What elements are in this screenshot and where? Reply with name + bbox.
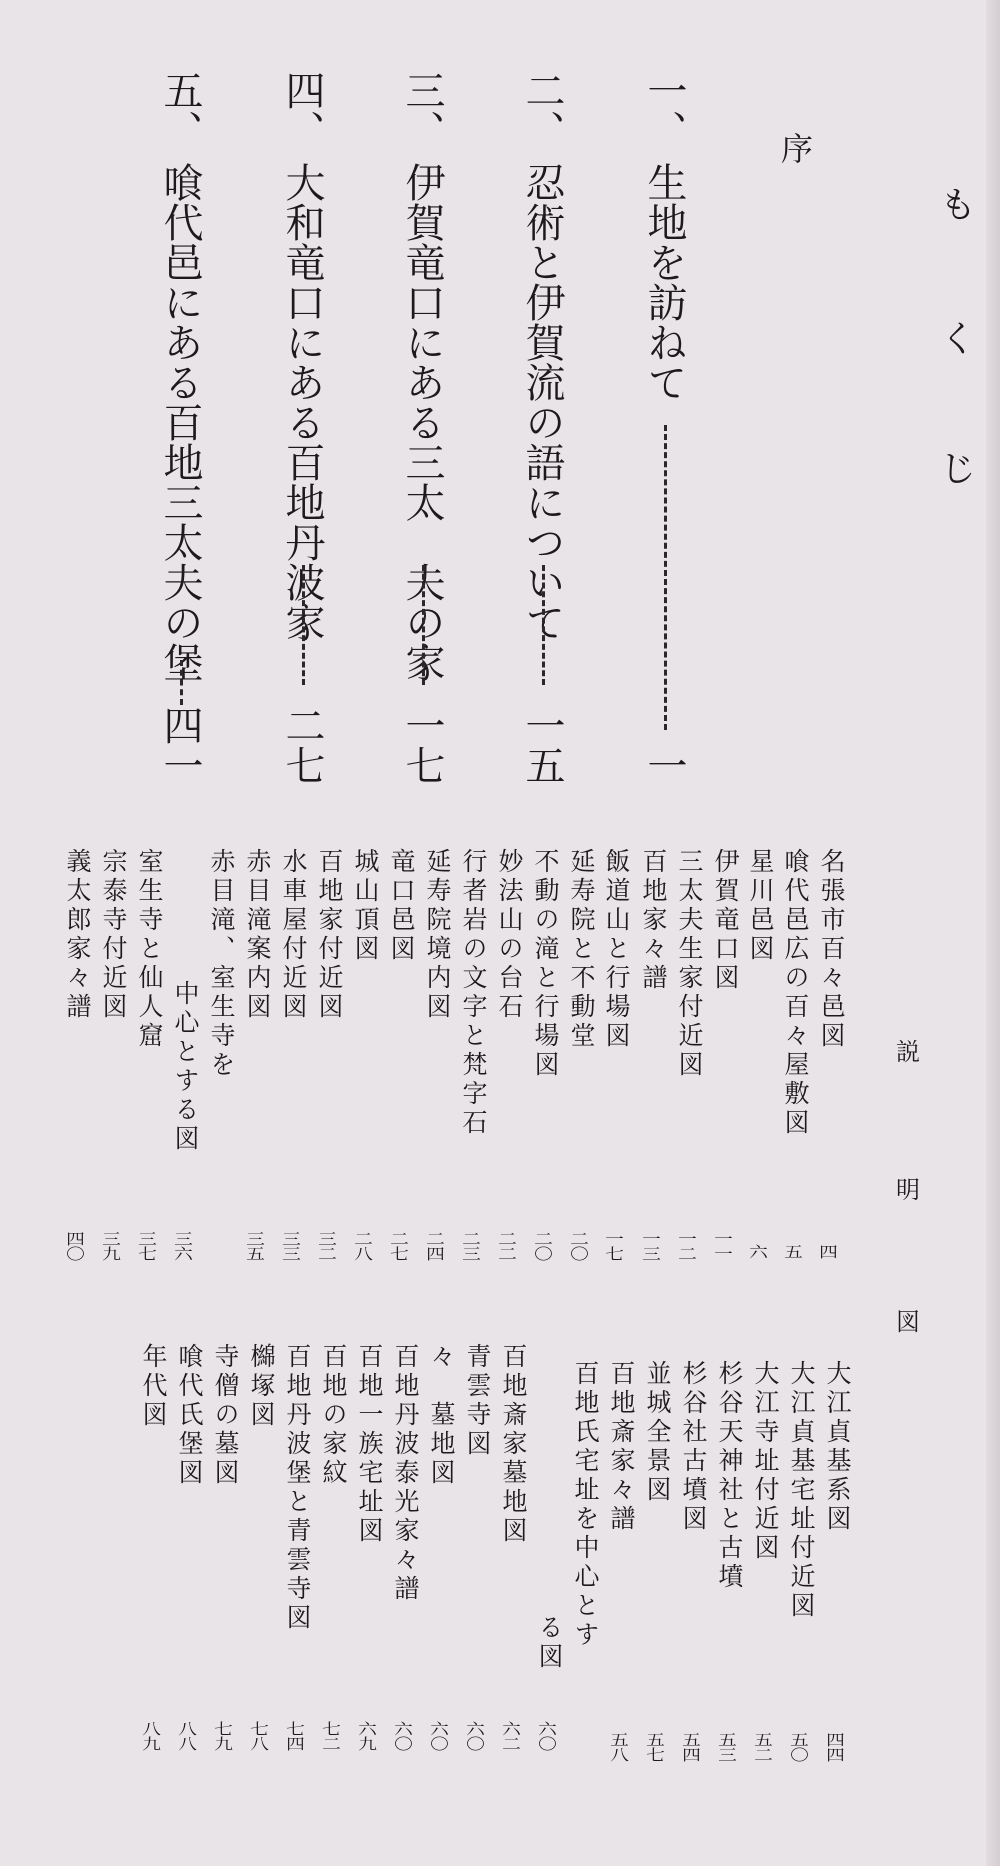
leader-dots bbox=[180, 660, 183, 705]
figure-page: 二二 bbox=[497, 1232, 519, 1262]
figure-page: 三五 bbox=[245, 1232, 267, 1262]
figure-page: 六〇 bbox=[393, 1722, 415, 1752]
figure-title-continuation[interactable]: る図 bbox=[537, 1614, 562, 1672]
figure-page: 二七 bbox=[389, 1232, 411, 1262]
figure-title[interactable]: 百地家々譜 bbox=[641, 848, 666, 993]
figure-page: 六〇 bbox=[465, 1722, 487, 1752]
figure-page: 五〇 bbox=[789, 1733, 811, 1763]
figure-page: 七二 bbox=[321, 1722, 343, 1752]
figure-title[interactable]: 竜口邑図 bbox=[389, 848, 414, 964]
figure-title[interactable]: 不動の滝と行場図 bbox=[533, 848, 558, 1080]
figure-title[interactable]: 百地丹波泰光家々譜 bbox=[393, 1343, 418, 1604]
leader-dots bbox=[664, 425, 667, 730]
leader-dots bbox=[422, 565, 425, 685]
figure-title[interactable]: 百地丹波堡と青雲寺図 bbox=[285, 1343, 310, 1633]
figure-title[interactable]: 伊賀竜口図 bbox=[713, 848, 738, 993]
figure-page: 一一 bbox=[713, 1232, 735, 1262]
title-char: く bbox=[940, 322, 976, 358]
figure-title[interactable]: 百地斎家墓地図 bbox=[501, 1343, 526, 1546]
figure-title[interactable]: 延寿院と不動堂 bbox=[569, 848, 594, 1051]
figure-page: 三三 bbox=[281, 1232, 303, 1262]
toc-item-page: 一七 bbox=[402, 705, 442, 785]
figure-page: 七八 bbox=[249, 1722, 271, 1752]
heading-char: 説 bbox=[896, 1040, 920, 1064]
figure-title[interactable]: 年代図 bbox=[141, 1343, 166, 1430]
figure-page: 三六 bbox=[173, 1232, 195, 1262]
figure-title[interactable]: 宗泰寺付近図 bbox=[101, 848, 126, 1022]
toc-item-number: 一、 bbox=[644, 70, 684, 150]
figure-page: 五八 bbox=[609, 1733, 631, 1763]
figure-title[interactable]: 百地氏宅址を中心とす bbox=[573, 1360, 598, 1650]
figure-page: 八八 bbox=[177, 1722, 199, 1752]
figure-title[interactable]: 名張市百々邑図 bbox=[819, 848, 844, 1051]
figure-title[interactable]: 赤目滝案内図 bbox=[245, 848, 270, 1022]
preface-label: 序 bbox=[772, 132, 818, 164]
figure-page: 四〇 bbox=[65, 1232, 87, 1262]
figure-page: 六〇 bbox=[537, 1722, 559, 1752]
leader-dots bbox=[302, 565, 305, 685]
toc-item-title[interactable]: 喰代邑にある百地三太夫の堡 bbox=[160, 162, 200, 682]
title-char: も bbox=[940, 188, 976, 224]
figure-title[interactable]: 大江貞基系図 bbox=[825, 1360, 850, 1534]
title-char: じ bbox=[940, 452, 976, 488]
figure-title[interactable]: 星川邑図 bbox=[748, 848, 773, 964]
toc-item-number: 三、 bbox=[402, 70, 442, 150]
figure-title[interactable]: 寺僧の墓図 bbox=[213, 1343, 238, 1488]
figure-page: 一二 bbox=[677, 1232, 699, 1262]
figure-title[interactable]: 檰塚図 bbox=[249, 1343, 274, 1430]
figure-title[interactable]: 大江寺址付近図 bbox=[753, 1360, 778, 1563]
figure-title[interactable]: 延寿院境内図 bbox=[425, 848, 450, 1022]
figure-title[interactable]: 青雲寺図 bbox=[465, 1343, 490, 1459]
figure-page: 二三 bbox=[461, 1232, 483, 1262]
figure-page: 三七 bbox=[137, 1232, 159, 1262]
figure-title[interactable]: 百地の家紋 bbox=[321, 1343, 346, 1488]
figure-page: 五三 bbox=[717, 1733, 739, 1763]
figure-page: 三九 bbox=[101, 1232, 123, 1262]
figure-title[interactable]: 妙法山の台石 bbox=[497, 848, 522, 1022]
figure-page: 三二 bbox=[317, 1232, 339, 1262]
figure-title[interactable]: 百地一族宅址図 bbox=[357, 1343, 382, 1546]
figure-title[interactable]: 喰代氏堡図 bbox=[177, 1343, 202, 1488]
figure-page: 一三 bbox=[641, 1232, 663, 1262]
figure-title[interactable]: 飯道山と行場図 bbox=[604, 848, 629, 1051]
figure-title[interactable]: 杉谷天神社と古墳 bbox=[717, 1360, 742, 1592]
figure-title[interactable]: 大江貞基宅址付近図 bbox=[789, 1360, 814, 1621]
toc-item-page: 一五 bbox=[522, 705, 562, 785]
figure-title[interactable]: 室生寺と仙人窟 bbox=[137, 848, 162, 1051]
figure-page: 五二 bbox=[753, 1733, 775, 1763]
figure-title[interactable]: 義太郎家々譜 bbox=[65, 848, 90, 1022]
figure-title-continuation[interactable]: 中心とする図 bbox=[173, 980, 198, 1154]
figure-title[interactable]: 喰代邑広の百々屋敷図 bbox=[783, 848, 808, 1138]
figure-title[interactable]: 並城全景図 bbox=[645, 1360, 670, 1505]
figure-page: 六九 bbox=[357, 1722, 379, 1752]
figure-page: 六二 bbox=[501, 1722, 523, 1752]
figure-page: 二〇 bbox=[569, 1232, 591, 1262]
toc-item-number: 二、 bbox=[522, 70, 562, 150]
figure-title[interactable]: 百地家付近図 bbox=[317, 848, 342, 1022]
figure-title[interactable]: 行者岩の文字と梵字石 bbox=[461, 848, 486, 1138]
figure-title[interactable]: 々 墓地図 bbox=[429, 1343, 454, 1488]
toc-item-page: 二七 bbox=[282, 705, 322, 785]
figure-title[interactable]: 杉谷社古墳図 bbox=[681, 1360, 706, 1534]
figure-title[interactable]: 水車屋付近図 bbox=[281, 848, 306, 1022]
figure-page: 五 bbox=[783, 1245, 805, 1260]
page-edge-shadow bbox=[986, 0, 1000, 1866]
figure-page: 六〇 bbox=[429, 1722, 451, 1752]
figure-page: 一七 bbox=[604, 1232, 626, 1262]
toc-item-page: 一 bbox=[644, 745, 684, 785]
figure-page: 二〇 bbox=[533, 1232, 555, 1262]
figure-page: 五七 bbox=[645, 1733, 667, 1763]
figure-title[interactable]: 百地斎家々譜 bbox=[609, 1360, 634, 1534]
figure-page: 七九 bbox=[213, 1722, 235, 1752]
toc-item-number: 五、 bbox=[160, 70, 200, 150]
figure-page: 六 bbox=[748, 1245, 770, 1260]
figure-page: 二四 bbox=[425, 1232, 447, 1262]
figure-title[interactable]: 三太夫生家付近図 bbox=[677, 848, 702, 1080]
figure-page: 四 bbox=[818, 1245, 840, 1260]
figure-page: 二八 bbox=[353, 1232, 375, 1262]
leader-dots bbox=[542, 565, 545, 685]
toc-item-number: 四、 bbox=[282, 70, 322, 150]
figure-title[interactable]: 赤目滝、室生寺を bbox=[209, 848, 234, 1080]
heading-char: 図 bbox=[896, 1310, 920, 1334]
figure-page: 八九 bbox=[141, 1722, 163, 1752]
figure-page: 五四 bbox=[681, 1733, 703, 1763]
toc-item-title[interactable]: 生地を訪ねて bbox=[644, 162, 684, 402]
heading-char: 明 bbox=[896, 1178, 920, 1202]
figure-title[interactable]: 城山頂図 bbox=[353, 848, 378, 964]
toc-item-page: 四一 bbox=[160, 705, 200, 785]
figure-page: 四四 bbox=[825, 1733, 847, 1763]
figure-page: 七四 bbox=[285, 1722, 307, 1752]
